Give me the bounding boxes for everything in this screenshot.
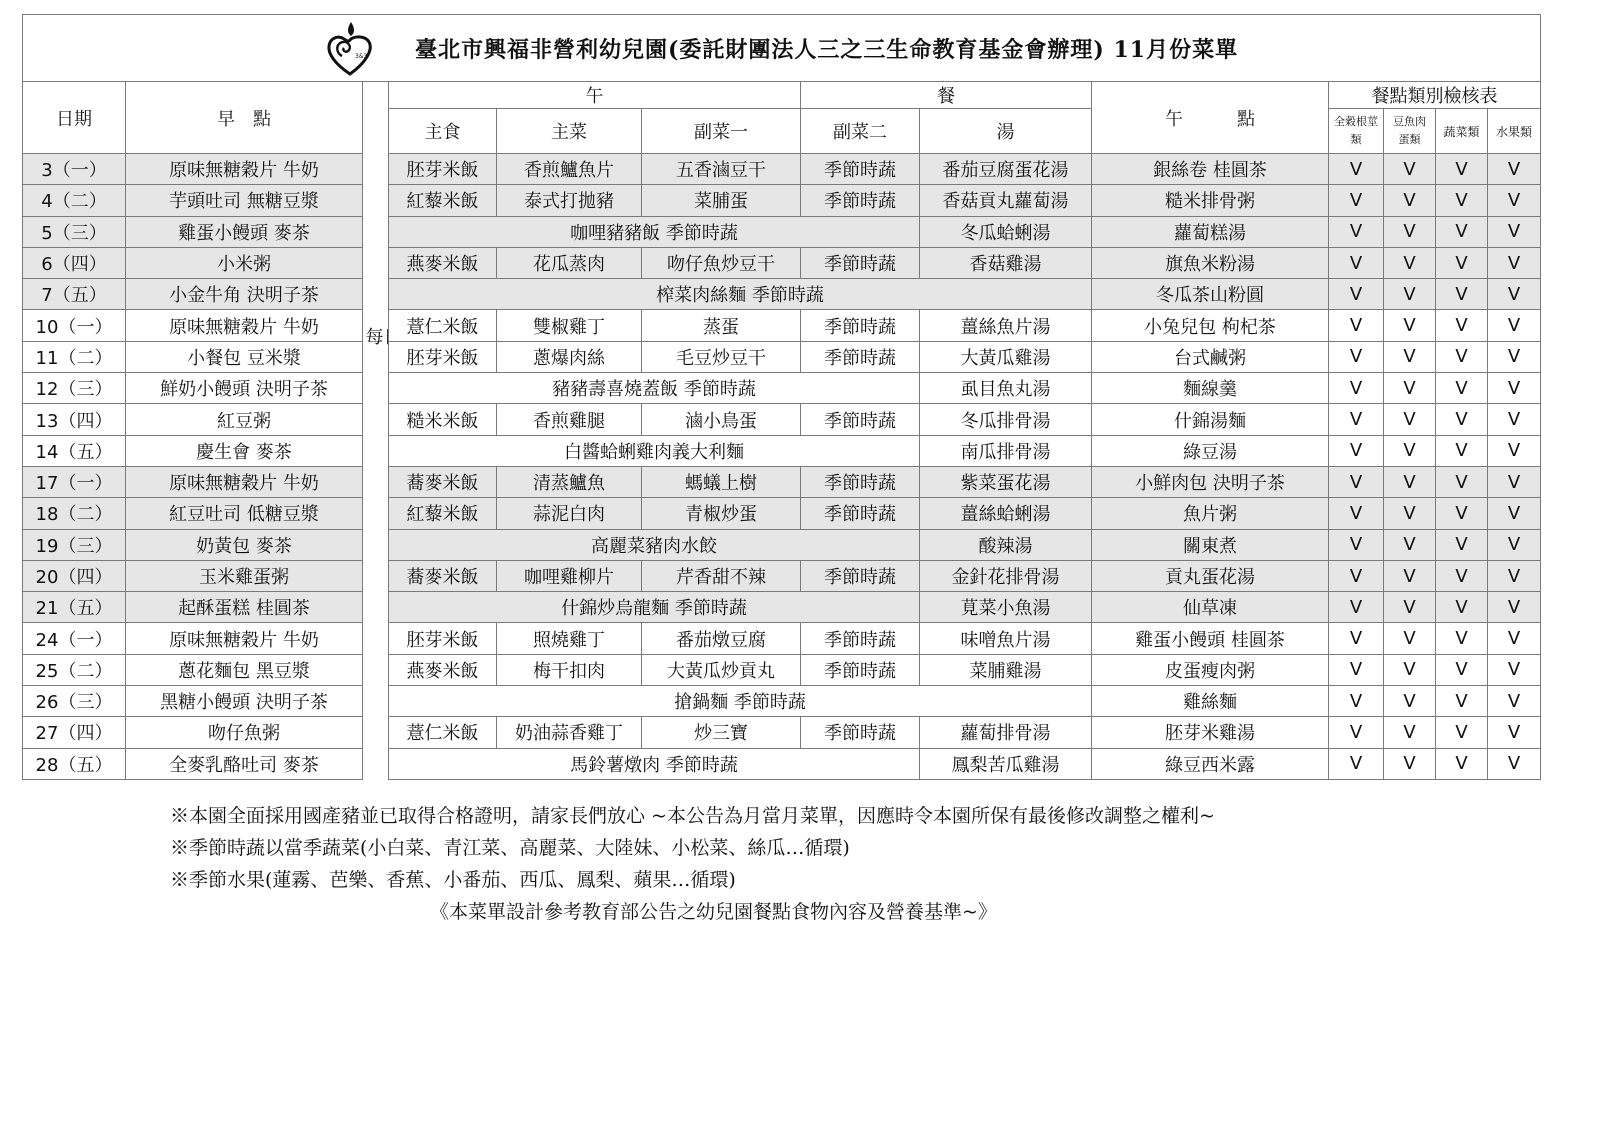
- table-row: 10（一）原味無糖穀片 牛奶薏仁米飯雙椒雞丁蒸蛋季節時蔬薑絲魚片湯小兔兒包 枸杞…: [23, 310, 1541, 341]
- breakfast-cell: 全麥乳酪吐司 麥茶: [126, 748, 363, 779]
- combined-lunch-cell: 豬豬壽喜燒蓋飯 季節時蔬: [389, 373, 920, 404]
- check-fruit-mark: V: [1488, 748, 1541, 779]
- side-dish-1-cell: 青椒炒蛋: [642, 498, 801, 529]
- side-dish-2-cell: 季節時蔬: [801, 341, 920, 372]
- header-lunch-left: 午: [389, 82, 801, 109]
- table-row: 26（三）黑糖小饅頭 決明子茶搶鍋麵 季節時蔬雞絲麵VVVV: [23, 686, 1541, 717]
- combined-lunch-cell: 馬鈴薯燉肉 季節時蔬: [389, 748, 920, 779]
- main-dish-cell: 梅干扣肉: [497, 654, 642, 685]
- side-dish-2-cell: 季節時蔬: [801, 623, 920, 654]
- breakfast-cell: 起酥蛋糕 桂圓茶: [126, 592, 363, 623]
- table-row: 25（二）蔥花麵包 黑豆漿燕麥米飯梅干扣肉大黃瓜炒貢丸季節時蔬菜脯雞湯皮蛋瘦肉粥…: [23, 654, 1541, 685]
- daily-fruit-column: 每日均供應季節水果: [363, 154, 389, 780]
- snack-cell: 胚芽米雞湯: [1092, 717, 1329, 748]
- date-cell: 21（五）: [23, 592, 126, 623]
- staple-cell: 紅藜米飯: [389, 185, 497, 216]
- breakfast-cell: 小餐包 豆米漿: [126, 341, 363, 372]
- side-dish-2-cell: 季節時蔬: [801, 498, 920, 529]
- table-row: 18（二）紅豆吐司 低糖豆漿紅藜米飯蒜泥白肉青椒炒蛋季節時蔬薑絲蛤蜊湯魚片粥VV…: [23, 498, 1541, 529]
- combined-lunch-cell: 榨菜肉絲麵 季節時蔬: [389, 279, 1092, 310]
- side-dish-1-cell: 蒸蛋: [642, 310, 801, 341]
- soup-cell: 蘿蔔排骨湯: [920, 717, 1092, 748]
- side-dish-2-cell: 季節時蔬: [801, 310, 920, 341]
- date-cell: 25（二）: [23, 654, 126, 685]
- date-cell: 13（四）: [23, 404, 126, 435]
- check-veg-mark: V: [1436, 560, 1488, 591]
- soup-cell: 番茄豆腐蛋花湯: [920, 154, 1092, 185]
- check-grains-mark: V: [1329, 466, 1384, 497]
- date-cell: 14（五）: [23, 435, 126, 466]
- header-check-veg: 蔬菜類: [1436, 109, 1488, 154]
- soup-cell: 薑絲蛤蜊湯: [920, 498, 1092, 529]
- table-row: 11（二）小餐包 豆米漿胚芽米飯蔥爆肉絲毛豆炒豆干季節時蔬大黃瓜雞湯台式鹹粥VV…: [23, 341, 1541, 372]
- date-cell: 28（五）: [23, 748, 126, 779]
- table-row: 6（四）小米粥燕麥米飯花瓜蒸肉吻仔魚炒豆干季節時蔬香菇雞湯旗魚米粉湯VVVV: [23, 247, 1541, 278]
- header-lunch-right: 餐: [801, 82, 1092, 109]
- main-dish-cell: 香煎雞腿: [497, 404, 642, 435]
- main-dish-cell: 香煎鱸魚片: [497, 154, 642, 185]
- check-grains-mark: V: [1329, 717, 1384, 748]
- snack-cell: 小鮮肉包 決明子茶: [1092, 466, 1329, 497]
- page-title: 臺北市興福非營利幼兒園(委託財團法人三之三生命教育基金會辦理) 11月份菜單: [415, 33, 1238, 64]
- check-grains-mark: V: [1329, 279, 1384, 310]
- snack-cell: 綠豆湯: [1092, 435, 1329, 466]
- check-grains-mark: V: [1329, 341, 1384, 372]
- header-check-fruit: 水果類: [1488, 109, 1541, 154]
- side-dish-1-cell: 吻仔魚炒豆干: [642, 247, 801, 278]
- check-protein-mark: V: [1384, 686, 1436, 717]
- staple-cell: 糙米米飯: [389, 404, 497, 435]
- check-protein-mark: V: [1384, 373, 1436, 404]
- check-grains-mark: V: [1329, 373, 1384, 404]
- snack-cell: 蘿蔔糕湯: [1092, 216, 1329, 247]
- check-fruit-mark: V: [1488, 216, 1541, 247]
- breakfast-cell: 原味無糖穀片 牛奶: [126, 623, 363, 654]
- snack-cell: 貢丸蛋花湯: [1092, 560, 1329, 591]
- breakfast-cell: 雞蛋小饅頭 麥茶: [126, 216, 363, 247]
- side-dish-1-cell: 炒三寶: [642, 717, 801, 748]
- breakfast-cell: 慶生會 麥茶: [126, 435, 363, 466]
- check-veg-mark: V: [1436, 686, 1488, 717]
- header-check-grains: 全穀根莖類: [1329, 109, 1384, 154]
- check-grains-mark: V: [1329, 216, 1384, 247]
- table-row: 4（二）芋頭吐司 無糖豆漿紅藜米飯泰式打拋豬菜脯蛋季節時蔬香菇貢丸蘿蔔湯糙米排骨…: [23, 185, 1541, 216]
- breakfast-cell: 玉米雞蛋粥: [126, 560, 363, 591]
- check-protein-mark: V: [1384, 310, 1436, 341]
- soup-cell: 紫菜蛋花湯: [920, 466, 1092, 497]
- check-fruit-mark: V: [1488, 623, 1541, 654]
- check-fruit-mark: V: [1488, 373, 1541, 404]
- snack-cell: 冬瓜茶山粉圓: [1092, 279, 1329, 310]
- date-cell: 24（一）: [23, 623, 126, 654]
- breakfast-cell: 奶黃包 麥茶: [126, 529, 363, 560]
- breakfast-cell: 原味無糖穀片 牛奶: [126, 466, 363, 497]
- check-protein-mark: V: [1384, 560, 1436, 591]
- soup-cell: 南瓜排骨湯: [920, 435, 1092, 466]
- breakfast-cell: 吻仔魚粥: [126, 717, 363, 748]
- snack-cell: 銀絲卷 桂圓茶: [1092, 154, 1329, 185]
- check-protein-mark: V: [1384, 216, 1436, 247]
- table-row: 17（一）原味無糖穀片 牛奶蕎麥米飯清蒸鱸魚螞蟻上樹季節時蔬紫菜蛋花湯小鮮肉包 …: [23, 466, 1541, 497]
- staple-cell: 燕麥米飯: [389, 247, 497, 278]
- snack-cell: 雞蛋小饅頭 桂圓茶: [1092, 623, 1329, 654]
- check-veg-mark: V: [1436, 623, 1488, 654]
- check-veg-mark: V: [1436, 185, 1488, 216]
- note-vegetables: ※季節時蔬以當季蔬菜(小白菜、青江菜、高麗菜、大陸妹、小松菜、絲瓜…循環): [170, 832, 1215, 864]
- snack-cell: 小兔兒包 枸杞茶: [1092, 310, 1329, 341]
- date-cell: 5（三）: [23, 216, 126, 247]
- breakfast-cell: 紅豆粥: [126, 404, 363, 435]
- check-grains-mark: V: [1329, 592, 1384, 623]
- check-protein-mark: V: [1384, 654, 1436, 685]
- check-protein-mark: V: [1384, 529, 1436, 560]
- check-fruit-mark: V: [1488, 279, 1541, 310]
- header-soup: 湯: [920, 109, 1092, 154]
- check-protein-mark: V: [1384, 435, 1436, 466]
- check-veg-mark: V: [1436, 466, 1488, 497]
- breakfast-cell: 黑糖小饅頭 決明子茶: [126, 686, 363, 717]
- check-fruit-mark: V: [1488, 435, 1541, 466]
- side-dish-1-cell: 芹香甜不辣: [642, 560, 801, 591]
- breakfast-cell: 小金牛角 決明子茶: [126, 279, 363, 310]
- table-row: 14（五）慶生會 麥茶白醬蛤蜊雞肉義大利麵南瓜排骨湯綠豆湯VVVV: [23, 435, 1541, 466]
- snack-cell: 糙米排骨粥: [1092, 185, 1329, 216]
- soup-cell: 虱目魚丸湯: [920, 373, 1092, 404]
- staple-cell: 燕麥米飯: [389, 654, 497, 685]
- side-dish-1-cell: 番茄燉豆腐: [642, 623, 801, 654]
- check-veg-mark: V: [1436, 373, 1488, 404]
- side-dish-2-cell: 季節時蔬: [801, 185, 920, 216]
- breakfast-cell: 原味無糖穀片 牛奶: [126, 310, 363, 341]
- check-veg-mark: V: [1436, 748, 1488, 779]
- snack-cell: 綠豆西米露: [1092, 748, 1329, 779]
- side-dish-1-cell: 大黃瓜炒貢丸: [642, 654, 801, 685]
- main-dish-cell: 照燒雞丁: [497, 623, 642, 654]
- soup-cell: 味噌魚片湯: [920, 623, 1092, 654]
- check-fruit-mark: V: [1488, 310, 1541, 341]
- staple-cell: 蕎麥米飯: [389, 560, 497, 591]
- side-dish-2-cell: 季節時蔬: [801, 247, 920, 278]
- check-veg-mark: V: [1436, 310, 1488, 341]
- main-dish-cell: 奶油蒜香雞丁: [497, 717, 642, 748]
- table-row: 12（三）鮮奶小饅頭 決明子茶豬豬壽喜燒蓋飯 季節時蔬虱目魚丸湯麵線羹VVVV: [23, 373, 1541, 404]
- snack-cell: 麵線羹: [1092, 373, 1329, 404]
- check-grains-mark: V: [1329, 654, 1384, 685]
- header-side-dish-2: 副菜二: [801, 109, 920, 154]
- check-veg-mark: V: [1436, 247, 1488, 278]
- check-fruit-mark: V: [1488, 466, 1541, 497]
- check-grains-mark: V: [1329, 560, 1384, 591]
- staple-cell: 蕎麥米飯: [389, 466, 497, 497]
- side-dish-2-cell: 季節時蔬: [801, 466, 920, 497]
- date-cell: 4（二）: [23, 185, 126, 216]
- soup-cell: 冬瓜蛤蜊湯: [920, 216, 1092, 247]
- check-veg-mark: V: [1436, 216, 1488, 247]
- side-dish-1-cell: 螞蟻上樹: [642, 466, 801, 497]
- main-dish-cell: 咖哩雞柳片: [497, 560, 642, 591]
- check-protein-mark: V: [1384, 341, 1436, 372]
- staple-cell: 胚芽米飯: [389, 623, 497, 654]
- check-grains-mark: V: [1329, 404, 1384, 435]
- main-dish-cell: 雙椒雞丁: [497, 310, 642, 341]
- check-fruit-mark: V: [1488, 654, 1541, 685]
- heart-spiral-logo-icon: 3&3: [325, 18, 375, 78]
- note-reference: 《本菜單設計參考教育部公告之幼兒園餐點食物內容及營養基準~》: [170, 896, 1215, 928]
- title-row: 3&3 臺北市興福非營利幼兒園(委託財團法人三之三生命教育基金會辦理) 11月份…: [23, 15, 1541, 82]
- staple-cell: 薏仁米飯: [389, 717, 497, 748]
- notes: ※本園全面採用國產豬並已取得合格證明，請家長們放心 ~本公告為月當月菜單，因應時…: [170, 800, 1215, 928]
- staple-cell: 胚芽米飯: [389, 341, 497, 372]
- check-protein-mark: V: [1384, 498, 1436, 529]
- date-cell: 27（四）: [23, 717, 126, 748]
- soup-cell: 酸辣湯: [920, 529, 1092, 560]
- check-protein-mark: V: [1384, 748, 1436, 779]
- check-veg-mark: V: [1436, 279, 1488, 310]
- table-row: 5（三）雞蛋小饅頭 麥茶咖哩豬豬飯 季節時蔬冬瓜蛤蜊湯蘿蔔糕湯VVVV: [23, 216, 1541, 247]
- check-grains-mark: V: [1329, 748, 1384, 779]
- snack-cell: 旗魚米粉湯: [1092, 247, 1329, 278]
- check-fruit-mark: V: [1488, 529, 1541, 560]
- check-fruit-mark: V: [1488, 185, 1541, 216]
- main-dish-cell: 蔥爆肉絲: [497, 341, 642, 372]
- table-row: 27（四）吻仔魚粥薏仁米飯奶油蒜香雞丁炒三寶季節時蔬蘿蔔排骨湯胚芽米雞湯VVVV: [23, 717, 1541, 748]
- header-check-protein: 豆魚肉蛋類: [1384, 109, 1436, 154]
- snack-cell: 仙草凍: [1092, 592, 1329, 623]
- breakfast-cell: 芋頭吐司 無糖豆漿: [126, 185, 363, 216]
- header-main-dish: 主菜: [497, 109, 642, 154]
- side-dish-1-cell: 菜脯蛋: [642, 185, 801, 216]
- header-snack: 午 點: [1092, 82, 1329, 154]
- check-grains-mark: V: [1329, 498, 1384, 529]
- snack-cell: 雞絲麵: [1092, 686, 1329, 717]
- staple-cell: 紅藜米飯: [389, 498, 497, 529]
- combined-lunch-cell: 搶鍋麵 季節時蔬: [389, 686, 1092, 717]
- check-veg-mark: V: [1436, 154, 1488, 185]
- check-fruit-mark: V: [1488, 560, 1541, 591]
- check-fruit-mark: V: [1488, 404, 1541, 435]
- check-grains-mark: V: [1329, 686, 1384, 717]
- check-protein-mark: V: [1384, 466, 1436, 497]
- breakfast-cell: 原味無糖穀片 牛奶: [126, 154, 363, 185]
- main-dish-cell: 花瓜蒸肉: [497, 247, 642, 278]
- snack-cell: 魚片粥: [1092, 498, 1329, 529]
- date-cell: 20（四）: [23, 560, 126, 591]
- check-veg-mark: V: [1436, 341, 1488, 372]
- header-fruit-spacer: [363, 82, 389, 154]
- main-dish-cell: 泰式打拋豬: [497, 185, 642, 216]
- combined-lunch-cell: 咖哩豬豬飯 季節時蔬: [389, 216, 920, 247]
- combined-lunch-cell: 什錦炒烏龍麵 季節時蔬: [389, 592, 920, 623]
- table-row: 13（四）紅豆粥糙米米飯香煎雞腿滷小鳥蛋季節時蔬冬瓜排骨湯什錦湯麵VVVV: [23, 404, 1541, 435]
- check-grains-mark: V: [1329, 529, 1384, 560]
- date-cell: 10（一）: [23, 310, 126, 341]
- header-breakfast: 早 點: [126, 82, 363, 154]
- side-dish-1-cell: 五香滷豆干: [642, 154, 801, 185]
- combined-lunch-cell: 白醬蛤蜊雞肉義大利麵: [389, 435, 920, 466]
- check-fruit-mark: V: [1488, 247, 1541, 278]
- check-veg-mark: V: [1436, 498, 1488, 529]
- check-veg-mark: V: [1436, 592, 1488, 623]
- soup-cell: 冬瓜排骨湯: [920, 404, 1092, 435]
- check-grains-mark: V: [1329, 435, 1384, 466]
- table-row: 3（一）原味無糖穀片 牛奶每日均供應季節水果胚芽米飯香煎鱸魚片五香滷豆干季節時蔬…: [23, 154, 1541, 185]
- menu-body: 3（一）原味無糖穀片 牛奶每日均供應季節水果胚芽米飯香煎鱸魚片五香滷豆干季節時蔬…: [23, 154, 1541, 780]
- side-dish-2-cell: 季節時蔬: [801, 154, 920, 185]
- date-cell: 19（三）: [23, 529, 126, 560]
- staple-cell: 胚芽米飯: [389, 154, 497, 185]
- check-veg-mark: V: [1436, 717, 1488, 748]
- soup-cell: 金針花排骨湯: [920, 560, 1092, 591]
- side-dish-1-cell: 滷小鳥蛋: [642, 404, 801, 435]
- date-cell: 26（三）: [23, 686, 126, 717]
- soup-cell: 鳳梨苦瓜雞湯: [920, 748, 1092, 779]
- side-dish-2-cell: 季節時蔬: [801, 717, 920, 748]
- snack-cell: 什錦湯麵: [1092, 404, 1329, 435]
- menu-table: 3&3 臺北市興福非營利幼兒園(委託財團法人三之三生命教育基金會辦理) 11月份…: [22, 14, 1541, 780]
- soup-cell: 薑絲魚片湯: [920, 310, 1092, 341]
- side-dish-2-cell: 季節時蔬: [801, 654, 920, 685]
- check-fruit-mark: V: [1488, 154, 1541, 185]
- header-checklist: 餐點類別檢核表: [1329, 82, 1541, 109]
- table-row: 19（三）奶黃包 麥茶高麗菜豬肉水餃酸辣湯關東煮VVVV: [23, 529, 1541, 560]
- table-row: 28（五）全麥乳酪吐司 麥茶馬鈴薯燉肉 季節時蔬鳳梨苦瓜雞湯綠豆西米露VVVV: [23, 748, 1541, 779]
- check-fruit-mark: V: [1488, 341, 1541, 372]
- table-row: 24（一）原味無糖穀片 牛奶胚芽米飯照燒雞丁番茄燉豆腐季節時蔬味噌魚片湯雞蛋小饅…: [23, 623, 1541, 654]
- check-grains-mark: V: [1329, 623, 1384, 654]
- note-pork: ※本園全面採用國產豬並已取得合格證明，請家長們放心 ~本公告為月當月菜單，因應時…: [170, 800, 1215, 832]
- soup-cell: 香菇貢丸蘿蔔湯: [920, 185, 1092, 216]
- date-cell: 11（二）: [23, 341, 126, 372]
- check-veg-mark: V: [1436, 529, 1488, 560]
- check-grains-mark: V: [1329, 185, 1384, 216]
- date-cell: 18（二）: [23, 498, 126, 529]
- check-protein-mark: V: [1384, 279, 1436, 310]
- breakfast-cell: 鮮奶小饅頭 決明子茶: [126, 373, 363, 404]
- soup-cell: 菜脯雞湯: [920, 654, 1092, 685]
- snack-cell: 關東煮: [1092, 529, 1329, 560]
- check-grains-mark: V: [1329, 310, 1384, 341]
- check-grains-mark: V: [1329, 154, 1384, 185]
- breakfast-cell: 紅豆吐司 低糖豆漿: [126, 498, 363, 529]
- check-grains-mark: V: [1329, 247, 1384, 278]
- note-fruits: ※季節水果(蓮霧、芭樂、香蕉、小番茄、西瓜、鳳梨、蘋果…循環): [170, 864, 1215, 896]
- combined-lunch-cell: 高麗菜豬肉水餃: [389, 529, 920, 560]
- check-veg-mark: V: [1436, 654, 1488, 685]
- staple-cell: 薏仁米飯: [389, 310, 497, 341]
- table-row: 20（四）玉米雞蛋粥蕎麥米飯咖哩雞柳片芹香甜不辣季節時蔬金針花排骨湯貢丸蛋花湯V…: [23, 560, 1541, 591]
- date-cell: 3（一）: [23, 154, 126, 185]
- check-fruit-mark: V: [1488, 717, 1541, 748]
- date-cell: 6（四）: [23, 247, 126, 278]
- check-protein-mark: V: [1384, 404, 1436, 435]
- check-fruit-mark: V: [1488, 686, 1541, 717]
- daily-fruit-label: 每日均供應季節水果: [366, 154, 386, 350]
- snack-cell: 皮蛋瘦肉粥: [1092, 654, 1329, 685]
- check-protein-mark: V: [1384, 717, 1436, 748]
- check-protein-mark: V: [1384, 154, 1436, 185]
- date-cell: 7（五）: [23, 279, 126, 310]
- side-dish-2-cell: 季節時蔬: [801, 560, 920, 591]
- check-protein-mark: V: [1384, 247, 1436, 278]
- check-protein-mark: V: [1384, 623, 1436, 654]
- header-side-dish-1: 副菜一: [642, 109, 801, 154]
- date-cell: 12（三）: [23, 373, 126, 404]
- check-protein-mark: V: [1384, 185, 1436, 216]
- soup-cell: 香菇雞湯: [920, 247, 1092, 278]
- svg-text:3&3: 3&3: [355, 53, 367, 60]
- header-staple: 主食: [389, 109, 497, 154]
- table-row: 21（五）起酥蛋糕 桂圓茶什錦炒烏龍麵 季節時蔬莧菜小魚湯仙草凍VVVV: [23, 592, 1541, 623]
- side-dish-1-cell: 毛豆炒豆干: [642, 341, 801, 372]
- check-fruit-mark: V: [1488, 498, 1541, 529]
- soup-cell: 大黃瓜雞湯: [920, 341, 1092, 372]
- check-veg-mark: V: [1436, 435, 1488, 466]
- main-dish-cell: 清蒸鱸魚: [497, 466, 642, 497]
- main-dish-cell: 蒜泥白肉: [497, 498, 642, 529]
- breakfast-cell: 小米粥: [126, 247, 363, 278]
- snack-cell: 台式鹹粥: [1092, 341, 1329, 372]
- breakfast-cell: 蔥花麵包 黑豆漿: [126, 654, 363, 685]
- header-date: 日期: [23, 82, 126, 154]
- table-row: 7（五）小金牛角 決明子茶榨菜肉絲麵 季節時蔬冬瓜茶山粉圓VVVV: [23, 279, 1541, 310]
- date-cell: 17（一）: [23, 466, 126, 497]
- soup-cell: 莧菜小魚湯: [920, 592, 1092, 623]
- check-protein-mark: V: [1384, 592, 1436, 623]
- side-dish-2-cell: 季節時蔬: [801, 404, 920, 435]
- check-veg-mark: V: [1436, 404, 1488, 435]
- check-fruit-mark: V: [1488, 592, 1541, 623]
